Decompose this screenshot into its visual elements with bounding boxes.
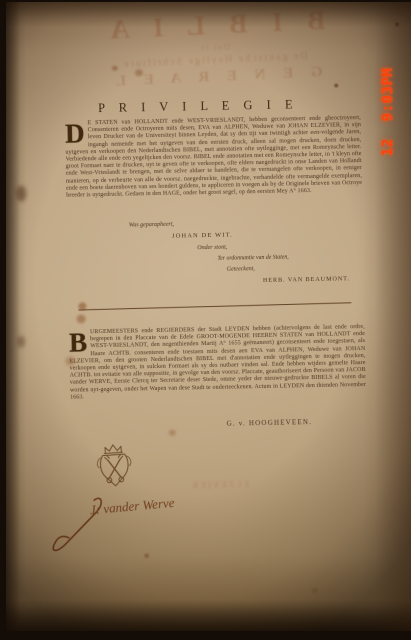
by-order-line: Ter ordonnantie van de Staten,: [217, 254, 288, 261]
foxing-spot: [77, 314, 86, 323]
foxing-spot: [17, 336, 25, 348]
foxing-spot: [16, 185, 26, 201]
leyden-paragraph: BURGEMEESTERS ende REGIERDERS der Stadt …: [69, 324, 366, 402]
foxing-spot: [395, 22, 399, 26]
foxing-spot: [334, 83, 338, 87]
timestamp-day: 12: [380, 138, 396, 156]
timestamp-time: 9:03PM: [380, 68, 396, 122]
foxing-spot: [169, 430, 176, 436]
privilege-paragraph: DE STATEN van HOLLANDT ende WEST-VRIESLA…: [65, 115, 362, 200]
page-content: B I B L I A Dat is De gantsche Heylige S…: [1, 0, 411, 635]
handwritten-signature-text: J: vander Werve: [89, 495, 175, 517]
camera-timestamp: 129:03PM: [380, 68, 396, 156]
under-stood-note: Onder stont,: [197, 245, 227, 252]
divider-rule: [78, 302, 351, 310]
dropcap-b: B: [69, 329, 91, 355]
signed-label: Geteeckent,: [227, 266, 255, 273]
privilege-body-text: E STATEN van HOLLANDT ende WEST-VRIESLAN…: [65, 115, 362, 199]
hoogheveen-signature: G. v. HOOGHEVEEN.: [227, 418, 313, 428]
handwritten-signature: J: vander Werve: [44, 486, 216, 569]
dropcap-d: D: [65, 120, 88, 146]
book-page: B I B L I A Dat is De gantsche Heylige S…: [6, 2, 411, 631]
leyden-body-text: URGEMEESTERS ende REGIERDERS der Stadt L…: [69, 324, 366, 400]
photo-frame: B I B L I A Dat is De gantsche Heylige S…: [0, 0, 411, 640]
foxing-spot: [312, 588, 318, 593]
johan-de-wit-signature: JOHAN DE WIT.: [172, 232, 233, 240]
paraph-note: Was geparapheert,: [129, 222, 174, 229]
leiden-crossed-keys-seal-icon: [92, 441, 137, 494]
beaumont-signature: HERB. VAN BEAUMONT.: [263, 275, 350, 284]
bleedthrough-title: B I B L I A Dat is De gantsche Heylige S…: [88, 4, 341, 91]
